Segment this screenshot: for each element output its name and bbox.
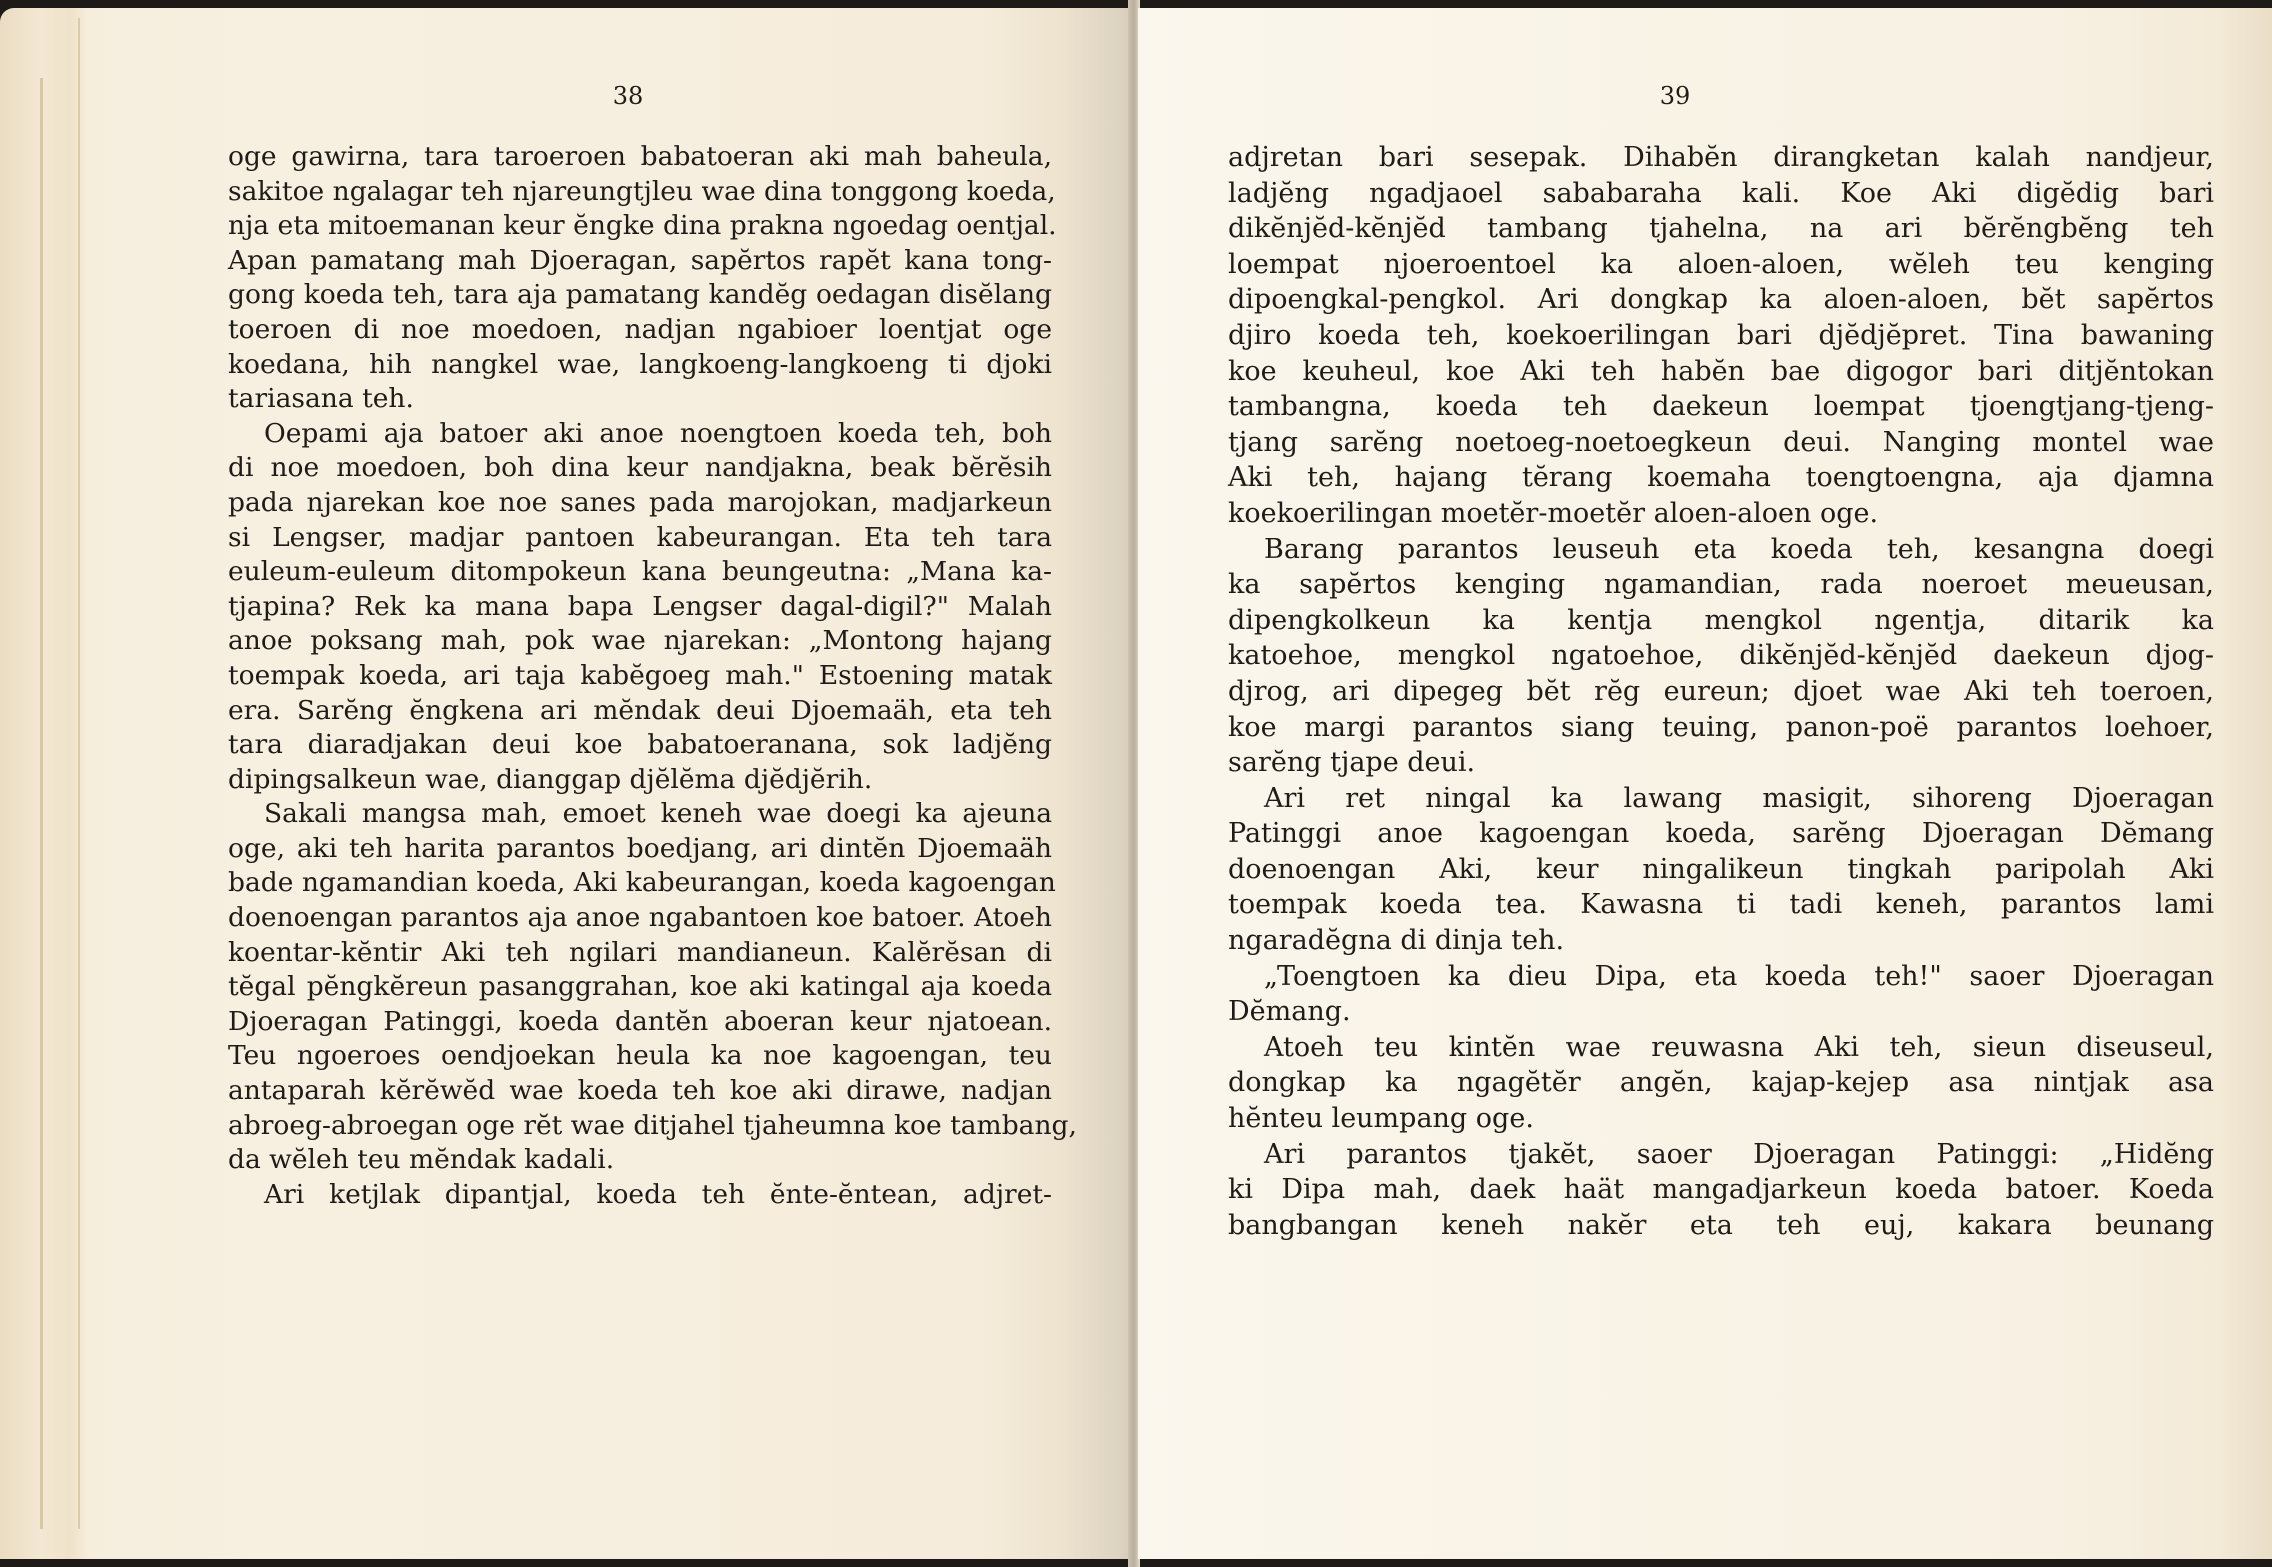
text-line: doenoengan Aki, keur ningalikeun tingkah… xyxy=(1228,852,2214,888)
text-line: euleum-euleum ditompokeun kana beungeutn… xyxy=(228,555,1052,590)
text-line: loempat njoeroentoel ka aloen-aloen, wĕl… xyxy=(1228,247,2214,283)
text-line: Barang parantos leuseuh eta koeda teh, k… xyxy=(1228,532,2214,568)
left-page-text: oge gawirna, tara taroeroen babatoeran a… xyxy=(228,140,1052,1212)
text-line: bangbangan keneh nakĕr eta teh euj, kaka… xyxy=(1228,1208,2214,1244)
paragraph: Ari ketjlak dipantjal, koeda teh ĕnte-ĕn… xyxy=(228,1178,1052,1213)
paragraph: Atoeh teu kintĕn wae reuwasna Aki teh, s… xyxy=(1228,1030,2214,1137)
right-page: 39 adjretan bari sesepak. Dihabĕn dirang… xyxy=(1138,8,2272,1559)
text-line: katoehoe, mengkol ngatoehoe, dikĕnjĕd-kĕ… xyxy=(1228,638,2214,674)
text-line: Oepami aja batoer aki anoe noengtoen koe… xyxy=(228,417,1052,452)
text-line: djrog, ari dipegeg bĕt rĕg eureun; djoet… xyxy=(1228,674,2214,710)
paragraph: Ari ret ningal ka lawang masigit, sihore… xyxy=(1228,781,2214,959)
book-spread: 38 oge gawirna, tara taroeroen babatoera… xyxy=(0,0,2272,1567)
text-line: tjapina? Rek ka mana bapa Lengser dagal-… xyxy=(228,590,1052,625)
paragraph: oge gawirna, tara taroeroen babatoeran a… xyxy=(228,140,1052,417)
left-page: 38 oge gawirna, tara taroeroen babatoera… xyxy=(0,8,1138,1559)
text-line: Ari ret ningal ka lawang masigit, sihore… xyxy=(1228,781,2214,817)
text-line: „Toengtoen ka dieu Dipa, eta koeda teh!"… xyxy=(1228,959,2214,995)
text-line: era. Sarĕng ĕngkena ari mĕndak deui Djoe… xyxy=(228,694,1052,729)
text-line: tariasana teh. xyxy=(228,382,1052,417)
text-line: sakitoe ngalagar teh njareungtjleu wae d… xyxy=(228,175,1052,210)
text-line: ka sapĕrtos kenging ngamandian, rada noe… xyxy=(1228,567,2214,603)
text-line: sarĕng tjape deui. xyxy=(1228,745,2214,781)
text-line: Atoeh teu kintĕn wae reuwasna Aki teh, s… xyxy=(1228,1030,2214,1066)
text-line: doenoengan parantos aja anoe ngabantoen … xyxy=(228,901,1052,936)
text-line: nja eta mitoemanan keur ĕngke dina prakn… xyxy=(228,209,1052,244)
text-line: dipengkolkeun ka kentja mengkol ngentja,… xyxy=(1228,603,2214,639)
text-line: Sakali mangsa mah, emoet keneh wae doegi… xyxy=(228,797,1052,832)
text-line: toempak koeda tea. Kawasna ti tadi keneh… xyxy=(1228,887,2214,923)
text-line: dongkap ka ngagĕtĕr angĕn, kajap-kejep a… xyxy=(1228,1065,2214,1101)
text-line: koekoerilingan moetĕr-moetĕr aloen-aloen… xyxy=(1228,496,2214,532)
text-line: di noe moedoen, boh dina keur nandjakna,… xyxy=(228,451,1052,486)
paragraph: Sakali mangsa mah, emoet keneh wae doegi… xyxy=(228,797,1052,1178)
paragraph: Barang parantos leuseuh eta koeda teh, k… xyxy=(1228,532,2214,781)
text-line: djiro koeda teh, koekoerilingan bari djĕ… xyxy=(1228,318,2214,354)
text-line: koe margi parantos siang teuing, panon-p… xyxy=(1228,710,2214,746)
text-line: Aki teh, hajang tĕrang koemaha toengtoen… xyxy=(1228,460,2214,496)
paragraph: „Toengtoen ka dieu Dipa, eta koeda teh!"… xyxy=(1228,959,2214,1030)
text-line: koentar-kĕntir Aki teh ngilari mandianeu… xyxy=(228,936,1052,971)
text-line: abroeg-abroegan oge rĕt wae ditjahel tja… xyxy=(228,1109,1052,1144)
text-line: bade ngamandian koeda, Aki kabeurangan, … xyxy=(228,866,1052,901)
text-line: Djoeragan Patinggi, koeda dantĕn aboeran… xyxy=(228,1005,1052,1040)
page-number-right: 39 xyxy=(1645,82,1705,110)
text-line: gong koeda teh, tara aja pamatang kandĕg… xyxy=(228,278,1052,313)
text-line: Apan pamatang mah Djoeragan, sapĕrtos ra… xyxy=(228,244,1052,279)
text-line: da wĕleh teu mĕndak kadali. xyxy=(228,1143,1052,1178)
text-line: hĕnteu leumpang oge. xyxy=(1228,1101,2214,1137)
text-line: antaparah kĕrĕwĕd wae koeda teh koe aki … xyxy=(228,1074,1052,1109)
text-line: si Lengser, madjar pantoen kabeurangan. … xyxy=(228,521,1052,556)
text-line: pada njarekan koe noe sanes pada marojok… xyxy=(228,486,1052,521)
text-line: Dĕmang. xyxy=(1228,994,2214,1030)
page-number-left: 38 xyxy=(598,82,658,110)
text-line: Ari parantos tjakĕt, saoer Djoeragan Pat… xyxy=(1228,1137,2214,1173)
text-line: koedana, hih nangkel wae, langkoeng-lang… xyxy=(228,348,1052,383)
text-line: koe keuheul, koe Aki teh habĕn bae digog… xyxy=(1228,354,2214,390)
text-line: tĕgal pĕngkĕreun pasanggrahan, koe aki k… xyxy=(228,970,1052,1005)
text-line: tjang sarĕng noetoeg-noetoegkeun deui. N… xyxy=(1228,425,2214,461)
text-line: oge, aki teh harita parantos boedjang, a… xyxy=(228,832,1052,867)
paragraph: Oepami aja batoer aki anoe noengtoen koe… xyxy=(228,417,1052,798)
text-line: toempak koeda, ari taja kabĕgoeg mah." E… xyxy=(228,659,1052,694)
text-line: tara diaradjakan deui koe babatoeranana,… xyxy=(228,728,1052,763)
text-line: dikĕnjĕd-kĕnjĕd tambang tjahelna, na ari… xyxy=(1228,211,2214,247)
text-line: ki Dipa mah, daek haät mangadjarkeun koe… xyxy=(1228,1172,2214,1208)
text-line: Ari ketjlak dipantjal, koeda teh ĕnte-ĕn… xyxy=(228,1178,1052,1213)
text-line: anoe poksang mah, pok wae njarekan: „Mon… xyxy=(228,624,1052,659)
text-line: Patinggi anoe kagoengan koeda, sarĕng Dj… xyxy=(1228,816,2214,852)
text-line: tambangna, koeda teh daekeun loempat tjo… xyxy=(1228,389,2214,425)
paragraph: adjretan bari sesepak. Dihabĕn dirangket… xyxy=(1228,140,2214,532)
text-line: ngaradĕgna di dinja teh. xyxy=(1228,923,2214,959)
text-line: adjretan bari sesepak. Dihabĕn dirangket… xyxy=(1228,140,2214,176)
right-page-text: adjretan bari sesepak. Dihabĕn dirangket… xyxy=(1228,140,2214,1243)
text-line: dipoengkal-pengkol. Ari dongkap ka aloen… xyxy=(1228,282,2214,318)
text-line: dipingsalkeun wae, dianggap djĕlĕma djĕd… xyxy=(228,763,1052,798)
text-line: oge gawirna, tara taroeroen babatoeran a… xyxy=(228,140,1052,175)
text-line: ladjĕng ngadjaoel sababaraha kali. Koe A… xyxy=(1228,176,2214,212)
paragraph: Ari parantos tjakĕt, saoer Djoeragan Pat… xyxy=(1228,1137,2214,1244)
text-line: Teu ngoeroes oendjoekan heula ka noe kag… xyxy=(228,1039,1052,1074)
text-line: toeroen di noe moedoen, nadjan ngabioer … xyxy=(228,313,1052,348)
